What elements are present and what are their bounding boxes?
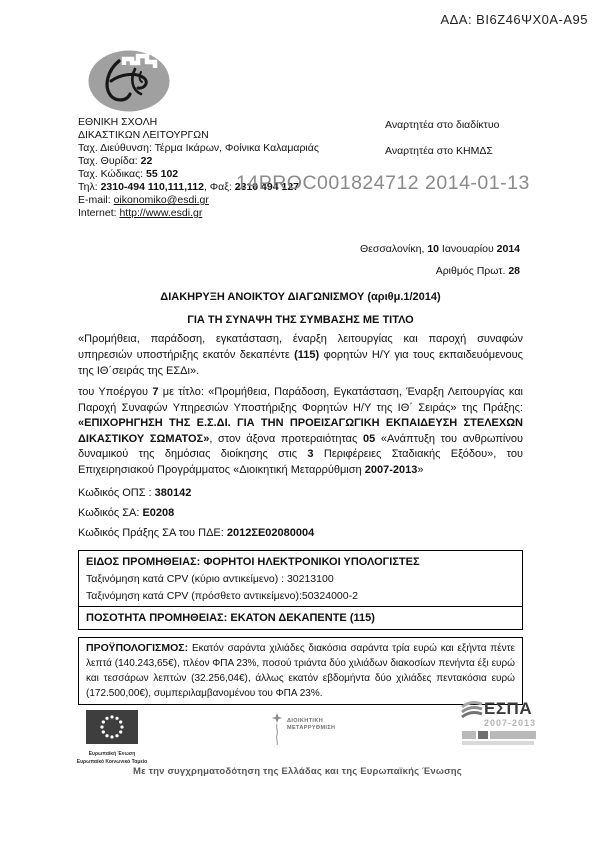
quantity-title: ΠΟΣΟΤΗΤΑ ΠΡΟΜΗΘΕΙΑΣ: ΕΚΑΤΟΝ ΔΕΚΑΠΕΝΤΕ (1… [86,610,515,626]
espa-substrip [462,741,534,745]
eu-flag-icon [86,710,138,744]
ada-number: ΑΔΑ: ΒΙ6Ζ46ΨΧ0Α-Α95 [440,12,588,27]
date-protocol-block: Θεσσαλονίκη, 10 Ιανουαρίου 2014 Αριθμός … [360,243,520,278]
email-link[interactable]: oikonomiko@esdi.gr [114,194,209,206]
subject-paragraph: «Προμήθεια, παράδοση, εγκατάσταση, έναρξ… [78,331,523,379]
org-name-line1: ΕΘΝΙΚΗ ΣΧΟΛΗ [78,116,378,129]
espa-bars [462,731,540,739]
reform-logo-text: ΔΙΟΙΚΗΤΙΚΗ ΜΕΤΑΡΡΥΘΜΙΣΗ [287,718,335,732]
espa-waves-icon [460,700,484,720]
contact-line-address: Ταχ. Διεύθυνση: Τέρμα Ικάρων, Φοίνικα Κα… [78,142,378,155]
eu-caption-line2: Ευρωπαϊκό Κοινωνικό Ταμείο [76,759,148,765]
kimdis-watermark: 14PROC001824712 2014-01-13 [236,172,530,195]
cofinancing-tagline: Με την συγχρηματοδότηση της Ελλάδας και … [0,766,595,777]
eu-caption-line1: Ευρωπαϊκή Ένωση [76,751,148,757]
espa-years: 2007-2013 [484,718,540,728]
city-date-line: Θεσσαλονίκη, 10 Ιανουαρίου 2014 [360,243,520,256]
eu-flag-logo: Ευρωπαϊκή Ένωση Ευρωπαϊκό Κοινωνικό Ταμε… [76,710,148,765]
contact-line-email: E-mail: oikonomiko@esdi.gr [78,194,378,207]
note-kimdis: Αναρτητέα στο ΚΗΜΔΣ [385,145,499,158]
document-page: ΑΔΑ: ΒΙ6Ζ46ΨΧ0Α-Α95 ΕΘΝΙΚΗ ΣΧΟΛΗ ΔΙΚΑΣΤΙ… [0,0,595,842]
code-pde-line: Κωδικός Πράξης ΣΑ του ΠΔΕ: 2012ΣΕ0208000… [78,527,314,539]
supply-type-box: ΕΙΔΟΣ ΠΡΟΜΗΘΕΙΑΣ: ΦΟΡΗΤΟΙ ΗΛΕΚΤΡΟΝΙΚΟΙ Υ… [78,550,523,609]
protocol-number-line: Αριθμός Πρωτ. 28 [360,265,520,278]
doc-title-line2: ΓΙΑ ΤΗ ΣΥΝΑΨΗ ΤΗΣ ΣΥΜΒΑΣΗΣ ΜΕ ΤΙΤΛΟ [78,314,523,326]
project-paragraph: του Υποέργου 7 με τίτλο: «Προμήθεια, Παρ… [78,385,523,479]
code-ops-line: Κωδικός ΟΠΣ : 380142 [78,487,191,499]
quantity-box: ΠΟΣΟΤΗΤΑ ΠΡΟΜΗΘΕΙΑΣ: ΕΚΑΤΟΝ ΔΕΚΑΠΕΝΤΕ (1… [78,606,523,630]
code-sa-line: Κωδικός ΣΑ: Ε0208 [78,507,174,519]
org-name-line2: ΔΙΚΑΣΤΙΚΩΝ ΛΕΙΤΟΥΡΓΩΝ [78,129,378,142]
note-diavgeia: Αναρτητέα στο διαδίκτυο [385,119,499,132]
contact-line-internet: Internet: http://www.esdi.gr [78,207,378,220]
supply-type-title: ΕΙΔΟΣ ΠΡΟΜΗΘΕΙΑΣ: ΦΟΡΗΤΟΙ ΗΛΕΚΤΡΟΝΙΚΟΙ Υ… [86,554,515,571]
posting-annotations: Αναρτητέα στο διαδίκτυο Αναρτητέα στο ΚΗ… [385,119,499,158]
doc-title-line1: ΔΙΑΚΗΡΥΞΗ ΑΝΟΙΚΤΟΥ ΔΙΑΓΩΝΙΣΜΟΥ (αριθμ.1/… [78,291,523,303]
espa-logo: ΕΣΠΑ 2007-2013 [460,700,540,745]
administrative-reform-logo: ΔΙΟΙΚΗΤΙΚΗ ΜΕΤΑΡΡΥΘΜΙΣΗ [270,712,335,746]
budget-box: ΠΡΟΫΠΟΛΟΓΙΣΜΟΣ: Εκατόν σαράντα χιλιάδες … [78,637,523,705]
cpv-main-line: Ταξινόμηση κατά CPV (κύριο αντικείμενο) … [86,571,515,588]
espa-name: ΕΣΠΑ [484,700,532,717]
cpv-extra-line: Ταξινόμηση κατά CPV (πρόσθετο αντικείμεν… [86,588,515,605]
esdi-logo-graphic [88,50,170,112]
org-contact-block: ΕΘΝΙΚΗ ΣΧΟΛΗ ΔΙΚΑΣΤΙΚΩΝ ΛΕΙΤΟΥΡΓΩΝ Ταχ. … [78,116,378,220]
esdi-logo [88,50,170,117]
website-link[interactable]: http://www.esdi.gr [119,207,202,219]
contact-line-pobox: Ταχ. Θυρίδα: 22 [78,155,378,168]
reform-figure-icon [270,712,284,746]
